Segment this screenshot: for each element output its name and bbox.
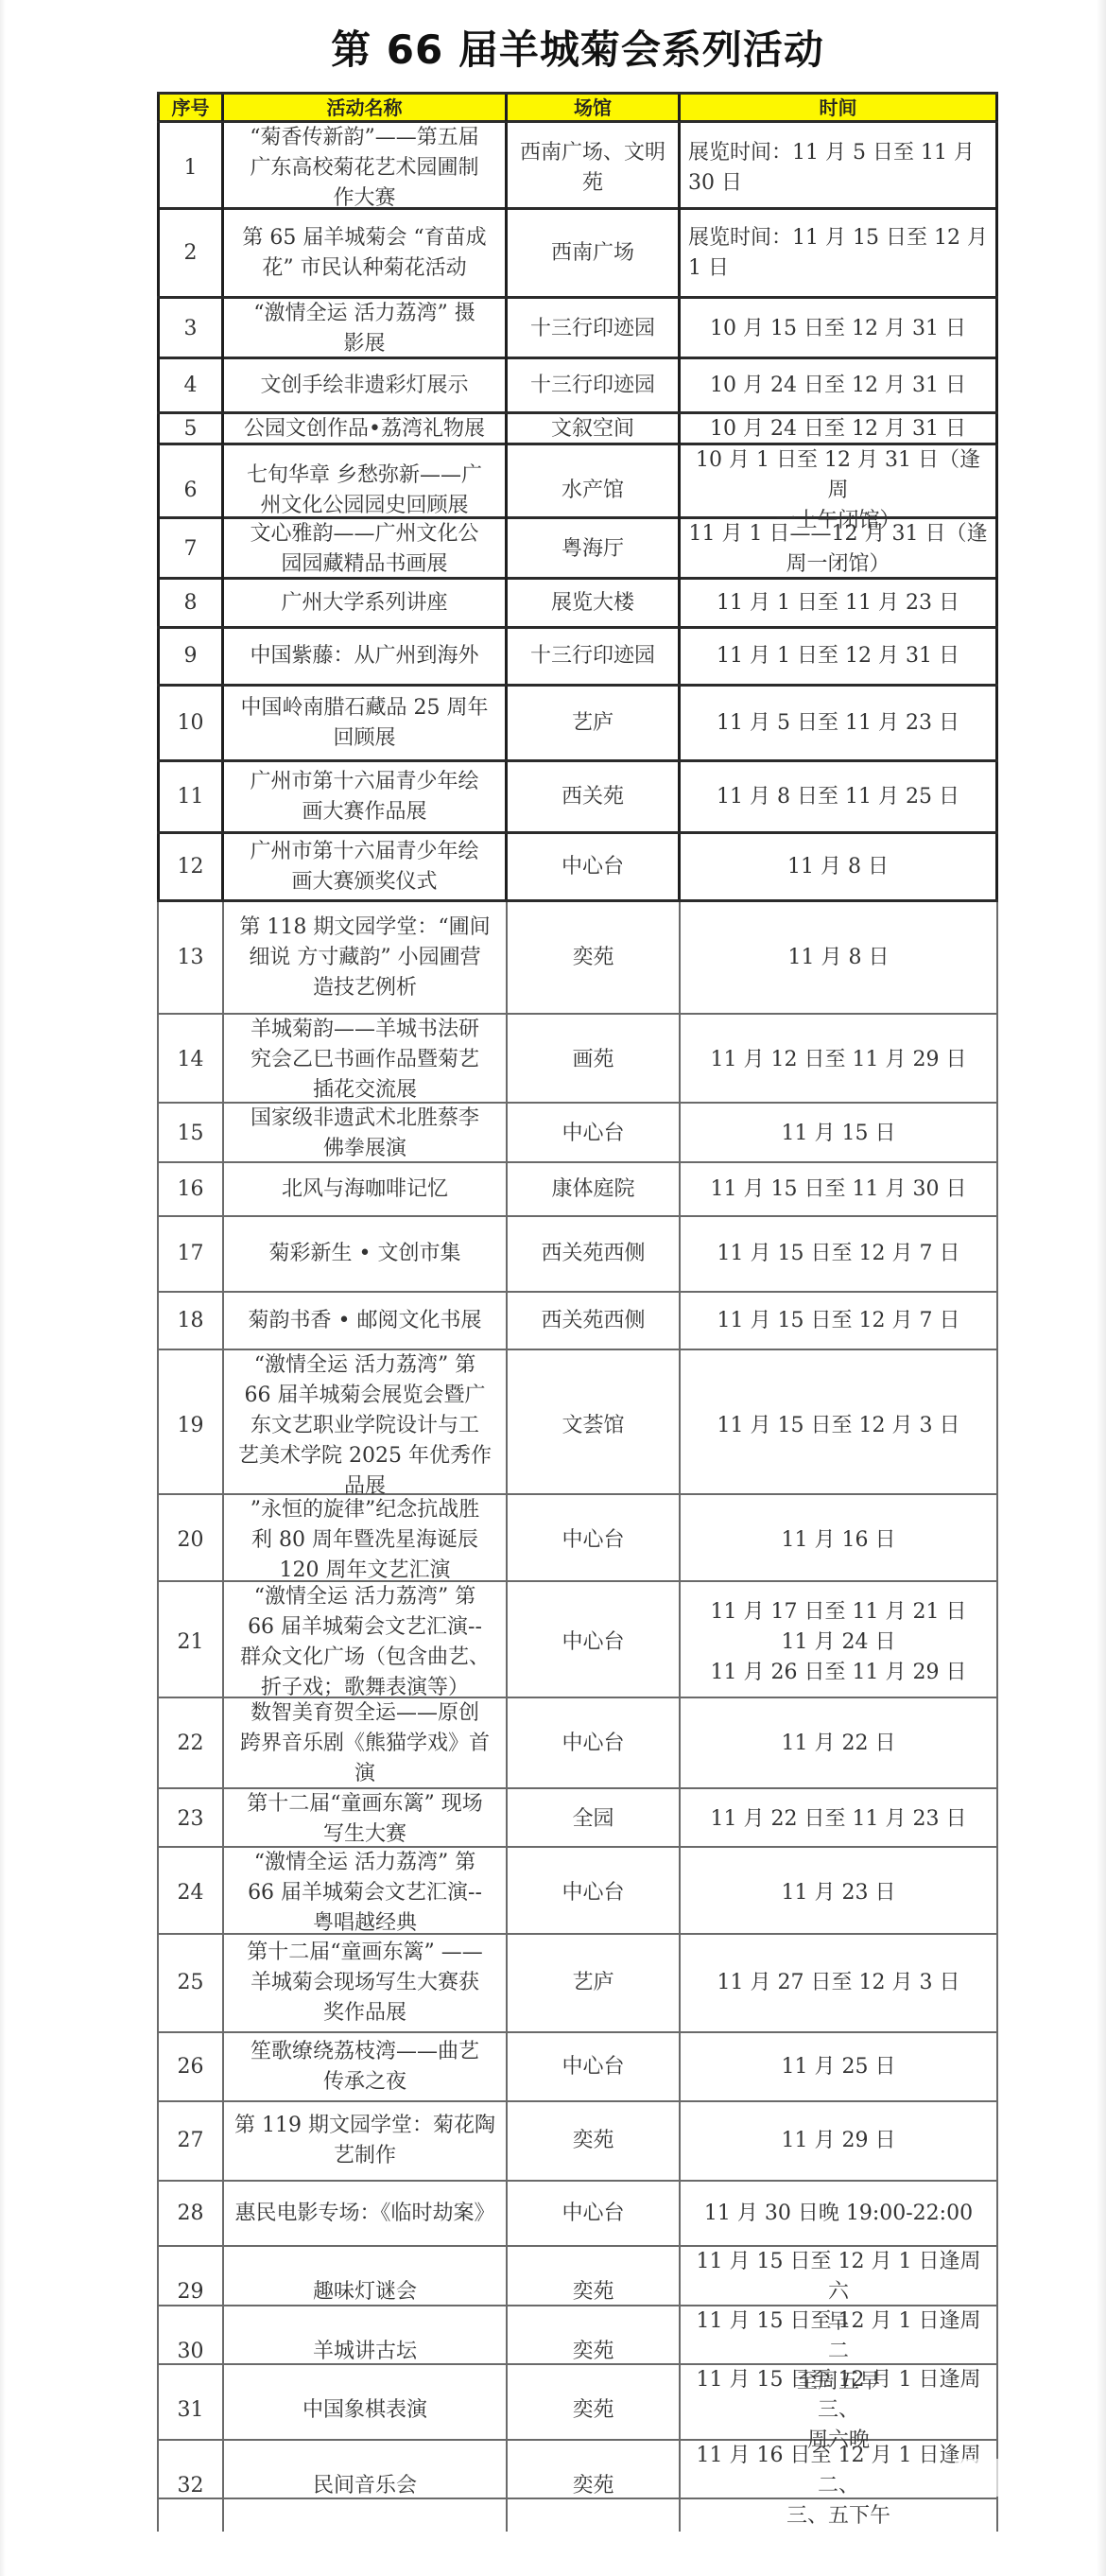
table-row: 13第 118 期文园学堂：“圃间 细说 方寸藏韵” 小园圃营 造技艺例析奕苑1…: [157, 902, 998, 1015]
row-number-cell: 20: [157, 1495, 224, 1586]
time-cell: 11 月 15 日至 12 月 7 日: [681, 1217, 998, 1291]
activity-name-cell: “激情全运 活力荔湾” 第 66 届羊城菊会文艺汇演-- 群众文化广场（包含曲艺…: [224, 1582, 508, 1703]
time-cell: 11 月 22 日: [681, 1698, 998, 1789]
row-number-cell: 11: [157, 762, 224, 831]
venue-cell: 十三行印迹园: [508, 359, 681, 411]
activity-name-cell: 菊彩新生 • 文创市集: [224, 1217, 508, 1291]
row-number-cell: 9: [157, 629, 224, 684]
row-number-cell: 28: [157, 2182, 224, 2245]
time-cell: 11 月 22 日至 11 月 23 日: [681, 1789, 998, 1850]
table-row: 3“激情全运 活力荔湾” 摄 影展十三行印迹园10 月 15 日至 12 月 3…: [157, 299, 998, 359]
activity-name-cell: 文创手绘非遗彩灯展示: [224, 359, 508, 411]
table-row: 5公园文创作品•荔湾礼物展文叙空间10 月 24 日至 12 月 31 日: [157, 414, 998, 445]
table-row: 24“激情全运 活力荔湾” 第 66 届羊城菊会文艺汇演-- 粤唱越经典中心台1…: [157, 1848, 998, 1935]
activity-name-cell: 笙歌缭绕荔枝湾——曲艺 传承之夜: [224, 2033, 508, 2100]
activity-name-cell: 公园文创作品•荔湾礼物展: [224, 414, 508, 444]
venue-cell: 康体庭院: [508, 1163, 681, 1215]
activity-name-cell: 惠民电影专场：《临时劫案》: [224, 2182, 508, 2245]
table-row: 17菊彩新生 • 文创市集西关苑西侧11 月 15 日至 12 月 7 日: [157, 1217, 998, 1293]
venue-cell: 西关苑: [508, 762, 681, 831]
activity-name-cell: 民间音乐会: [224, 2441, 508, 2532]
venue-cell: 中心台: [508, 1698, 681, 1789]
table-row: 12广州市第十六届青少年绘 画大赛颁奖仪式中心台11 月 8 日: [157, 834, 998, 902]
venue-cell: 奕苑: [508, 2102, 681, 2180]
activity-name-cell: 广州大学系列讲座: [224, 580, 508, 626]
time-cell: 11 月 16 日: [681, 1495, 998, 1586]
activity-name-cell: 中国岭南腊石藏品 25 周年 回顾展: [224, 687, 508, 759]
table-row: 10中国岭南腊石藏品 25 周年 回顾展艺庐11 月 5 日至 11 月 23 …: [157, 687, 998, 762]
watermark-overlay: [955, 2459, 1011, 2497]
time-cell: 11 月 8 日至 11 月 25 日: [681, 762, 998, 831]
row-number-cell: 26: [157, 2033, 224, 2100]
header-venue: 场馆: [508, 95, 681, 121]
time-cell: 11 月 8 日: [681, 834, 998, 899]
venue-cell: 文叙空间: [508, 414, 681, 444]
activity-name-cell: “激情全运 活力荔湾” 第 66 届羊城菊会文艺汇演-- 粤唱越经典: [224, 1848, 508, 1939]
row-number-cell: 27: [157, 2102, 224, 2180]
table-row: 6七旬华章 乡愁弥新——广 州文化公园园史回顾展水产馆10 月 1 日至 12 …: [157, 445, 998, 519]
time-cell: 11 月 16 日至 12 月 1 日逢周二、 三、五下午: [681, 2441, 998, 2532]
row-number-cell: 8: [157, 580, 224, 626]
page-edge-left: [0, 0, 6, 2576]
venue-cell: 中心台: [508, 2182, 681, 2245]
venue-cell: 全园: [508, 1789, 681, 1850]
header-no: 序号: [157, 95, 224, 121]
time-cell: 11 月 15 日至 12 月 7 日: [681, 1293, 998, 1349]
row-number-cell: 18: [157, 1293, 224, 1349]
row-number-cell: 25: [157, 1935, 224, 2031]
row-number-cell: 32: [157, 2441, 224, 2532]
activity-name-cell: 第十二届“童画东篱” 现场 写生大赛: [224, 1789, 508, 1850]
table-row: 11广州市第十六届青少年绘 画大赛作品展西关苑11 月 8 日至 11 月 25…: [157, 762, 998, 834]
row-number-cell: 15: [157, 1104, 224, 1164]
row-number-cell: 21: [157, 1582, 224, 1703]
time-cell: 11 月 17 日至 11 月 21 日 11 月 24 日 11 月 26 日…: [681, 1582, 998, 1703]
table-row: 20”永恒的旋律”纪念抗战胜 利 80 周年暨冼星海诞辰 120 周年文艺汇演中…: [157, 1495, 998, 1582]
time-cell: 11 月 15 日至 12 月 3 日: [681, 1350, 998, 1502]
activity-name-cell: 北风与海咖啡记忆: [224, 1163, 508, 1215]
table-row: 22数智美育贺全运——原创 跨界音乐剧《熊猫学戏》首 演中心台11 月 22 日: [157, 1698, 998, 1789]
table-row: 14羊城菊韵——羊城书法研 究会乙巳书画作品暨菊艺 插花交流展画苑11 月 12…: [157, 1015, 998, 1104]
table-row: 27第 119 期文园学堂：菊花陶 艺制作奕苑11 月 29 日: [157, 2102, 998, 2182]
activity-name-cell: “激情全运 活力荔湾” 摄 影展: [224, 299, 508, 359]
activity-name-cell: 羊城菊韵——羊城书法研 究会乙巳书画作品暨菊艺 插花交流展: [224, 1015, 508, 1105]
time-cell: 展览时间：11 月 15 日至 12 月 1 日: [681, 210, 998, 296]
venue-cell: 西关苑西侧: [508, 1293, 681, 1349]
table-row: 9中国紫藤：从广州到海外十三行印迹园11 月 1 日至 12 月 31 日: [157, 629, 998, 687]
venue-cell: 展览大楼: [508, 580, 681, 626]
row-number-cell: 10: [157, 687, 224, 759]
time-cell: 11 月 30 日晚 19:00-22:00: [681, 2182, 998, 2245]
time-cell: 10 月 15 日至 12 月 31 日: [681, 299, 998, 359]
table-row: 30羊城讲古坛奕苑11 月 15 日至 12 月 1 日逢周二 至周五早: [157, 2306, 998, 2365]
activity-name-cell: 广州市第十六届青少年绘 画大赛作品展: [224, 762, 508, 831]
row-number-cell: 14: [157, 1015, 224, 1105]
time-cell: 11 月 29 日: [681, 2102, 998, 2180]
venue-cell: 奕苑: [508, 2441, 681, 2532]
venue-cell: 西关苑西侧: [508, 1217, 681, 1291]
time-cell: 11 月 1 日至 12 月 31 日: [681, 629, 998, 684]
venue-cell: 艺庐: [508, 687, 681, 759]
venue-cell: 艺庐: [508, 1935, 681, 2031]
venue-cell: 画苑: [508, 1015, 681, 1105]
activity-name-cell: ”永恒的旋律”纪念抗战胜 利 80 周年暨冼星海诞辰 120 周年文艺汇演: [224, 1495, 508, 1586]
row-number-cell: 3: [157, 299, 224, 359]
table-row: 29趣味灯谜会奕苑11 月 15 日至 12 月 1 日逢周六 早: [157, 2247, 998, 2306]
table-row: 7文心雅韵——广州文化公 园园藏精品书画展粤海厅11 月 1 日——12 月 3…: [157, 519, 998, 580]
row-number-cell: 1: [157, 123, 224, 214]
row-number-cell: 23: [157, 1789, 224, 1850]
activity-name-cell: 国家级非遗武术北胜蔡李 佛拳展演: [224, 1104, 508, 1164]
time-cell: 11 月 1 日至 11 月 23 日: [681, 580, 998, 626]
venue-cell: 中心台: [508, 834, 681, 899]
table-row: 28惠民电影专场：《临时劫案》中心台11 月 30 日晚 19:00-22:00: [157, 2182, 998, 2247]
activity-name-cell: 第 118 期文园学堂：“圃间 细说 方寸藏韵” 小园圃营 造技艺例析: [224, 902, 508, 1013]
table-row: 15国家级非遗武术北胜蔡李 佛拳展演中心台11 月 15 日: [157, 1104, 998, 1163]
time-cell: 10 月 24 日至 12 月 31 日: [681, 414, 998, 444]
venue-cell: 中心台: [508, 1582, 681, 1703]
table-row: 25第十二届“童画东篱” —— 羊城菊会现场写生大赛获 奖作品展艺庐11 月 2…: [157, 1935, 998, 2033]
venue-cell: 十三行印迹园: [508, 629, 681, 684]
venue-cell: 中心台: [508, 1104, 681, 1164]
time-cell: 11 月 23 日: [681, 1848, 998, 1939]
table-row: 26笙歌缭绕荔枝湾——曲艺 传承之夜中心台11 月 25 日: [157, 2033, 998, 2102]
time-cell: 11 月 5 日至 11 月 23 日: [681, 687, 998, 759]
table-row: 31中国象棋表演奕苑11 月 15 日至 12 月 1 日逢周三、 周六晚: [157, 2365, 998, 2441]
time-cell: 11 月 1 日——12 月 31 日（逢 周一闭馆）: [681, 519, 998, 580]
activity-name-cell: 第十二届“童画东篱” —— 羊城菊会现场写生大赛获 奖作品展: [224, 1935, 508, 2031]
row-number-cell: 13: [157, 902, 224, 1013]
header-time: 时间: [681, 95, 998, 121]
activity-name-cell: 数智美育贺全运——原创 跨界音乐剧《熊猫学戏》首 演: [224, 1698, 508, 1789]
activities-table: 序号 活动名称 场馆 时间 1“菊香传新韵”——第五届 广东高校菊花艺术园圃制 …: [157, 92, 998, 2500]
table-row: 8广州大学系列讲座展览大楼11 月 1 日至 11 月 23 日: [157, 580, 998, 629]
activity-name-cell: 第 65 届羊城菊会 “育苗成 花” 市民认种菊花活动: [224, 210, 508, 296]
venue-cell: 文荟馆: [508, 1350, 681, 1502]
table-row: 16北风与海咖啡记忆康体庭院11 月 15 日至 11 月 30 日: [157, 1163, 998, 1217]
activity-name-cell: 文心雅韵——广州文化公 园园藏精品书画展: [224, 519, 508, 580]
venue-cell: 奕苑: [508, 902, 681, 1013]
activity-name-cell: “激情全运 活力荔湾” 第 66 届羊城菊会展览会暨广 东文艺职业学院设计与工 …: [224, 1350, 508, 1502]
time-cell: 11 月 12 日至 11 月 29 日: [681, 1015, 998, 1105]
time-cell: 11 月 15 日: [681, 1104, 998, 1164]
table-row: 4文创手绘非遗彩灯展示十三行印迹园10 月 24 日至 12 月 31 日: [157, 359, 998, 414]
table-row: 1“菊香传新韵”——第五届 广东高校菊花艺术园圃制 作大赛西南广场、文明 苑展览…: [157, 123, 998, 210]
activity-name-cell: 中国紫藤：从广州到海外: [224, 629, 508, 684]
activity-name-cell: 菊韵书香 • 邮阅文化书展: [224, 1293, 508, 1349]
header-activity-name: 活动名称: [224, 95, 508, 121]
row-number-cell: 17: [157, 1217, 224, 1291]
table-row: 21“激情全运 活力荔湾” 第 66 届羊城菊会文艺汇演-- 群众文化广场（包含…: [157, 1582, 998, 1698]
table-row: 23第十二届“童画东篱” 现场 写生大赛全园11 月 22 日至 11 月 23…: [157, 1789, 998, 1848]
row-number-cell: 24: [157, 1848, 224, 1939]
row-number-cell: 2: [157, 210, 224, 296]
time-cell: 11 月 8 日: [681, 902, 998, 1013]
activity-name-cell: “菊香传新韵”——第五届 广东高校菊花艺术园圃制 作大赛: [224, 123, 508, 214]
table-row: 2第 65 届羊城菊会 “育苗成 花” 市民认种菊花活动西南广场展览时间：11 …: [157, 210, 998, 299]
activity-name-cell: 广州市第十六届青少年绘 画大赛颁奖仪式: [224, 834, 508, 899]
row-number-cell: 19: [157, 1350, 224, 1502]
venue-cell: 西南广场: [508, 210, 681, 296]
venue-cell: 中心台: [508, 1495, 681, 1586]
row-number-cell: 5: [157, 414, 224, 444]
time-cell: 11 月 27 日至 12 月 3 日: [681, 1935, 998, 2031]
row-number-cell: 7: [157, 519, 224, 580]
time-cell: 10 月 24 日至 12 月 31 日: [681, 359, 998, 411]
row-number-cell: 16: [157, 1163, 224, 1215]
row-number-cell: 12: [157, 834, 224, 899]
venue-cell: 中心台: [508, 2033, 681, 2100]
time-cell: 展览时间：11 月 5 日至 11 月 30 日: [681, 123, 998, 214]
table-row: 19“激情全运 活力荔湾” 第 66 届羊城菊会展览会暨广 东文艺职业学院设计与…: [157, 1350, 998, 1495]
table-header-row: 序号 活动名称 场馆 时间: [157, 92, 998, 123]
venue-cell: 粤海厅: [508, 519, 681, 580]
venue-cell: 西南广场、文明 苑: [508, 123, 681, 214]
time-cell: 11 月 25 日: [681, 2033, 998, 2100]
page-title: 第 66 届羊城菊会系列活动: [0, 26, 1106, 74]
venue-cell: 十三行印迹园: [508, 299, 681, 359]
table-row: 18菊韵书香 • 邮阅文化书展西关苑西侧11 月 15 日至 12 月 7 日: [157, 1293, 998, 1350]
activity-name-cell: 第 119 期文园学堂：菊花陶 艺制作: [224, 2102, 508, 2180]
time-cell: 11 月 15 日至 11 月 30 日: [681, 1163, 998, 1215]
venue-cell: 中心台: [508, 1848, 681, 1939]
page-edge-right: [1097, 0, 1106, 2576]
row-number-cell: 22: [157, 1698, 224, 1789]
table-row: 32民间音乐会奕苑11 月 16 日至 12 月 1 日逢周二、 三、五下午: [157, 2441, 998, 2499]
row-number-cell: 4: [157, 359, 224, 411]
